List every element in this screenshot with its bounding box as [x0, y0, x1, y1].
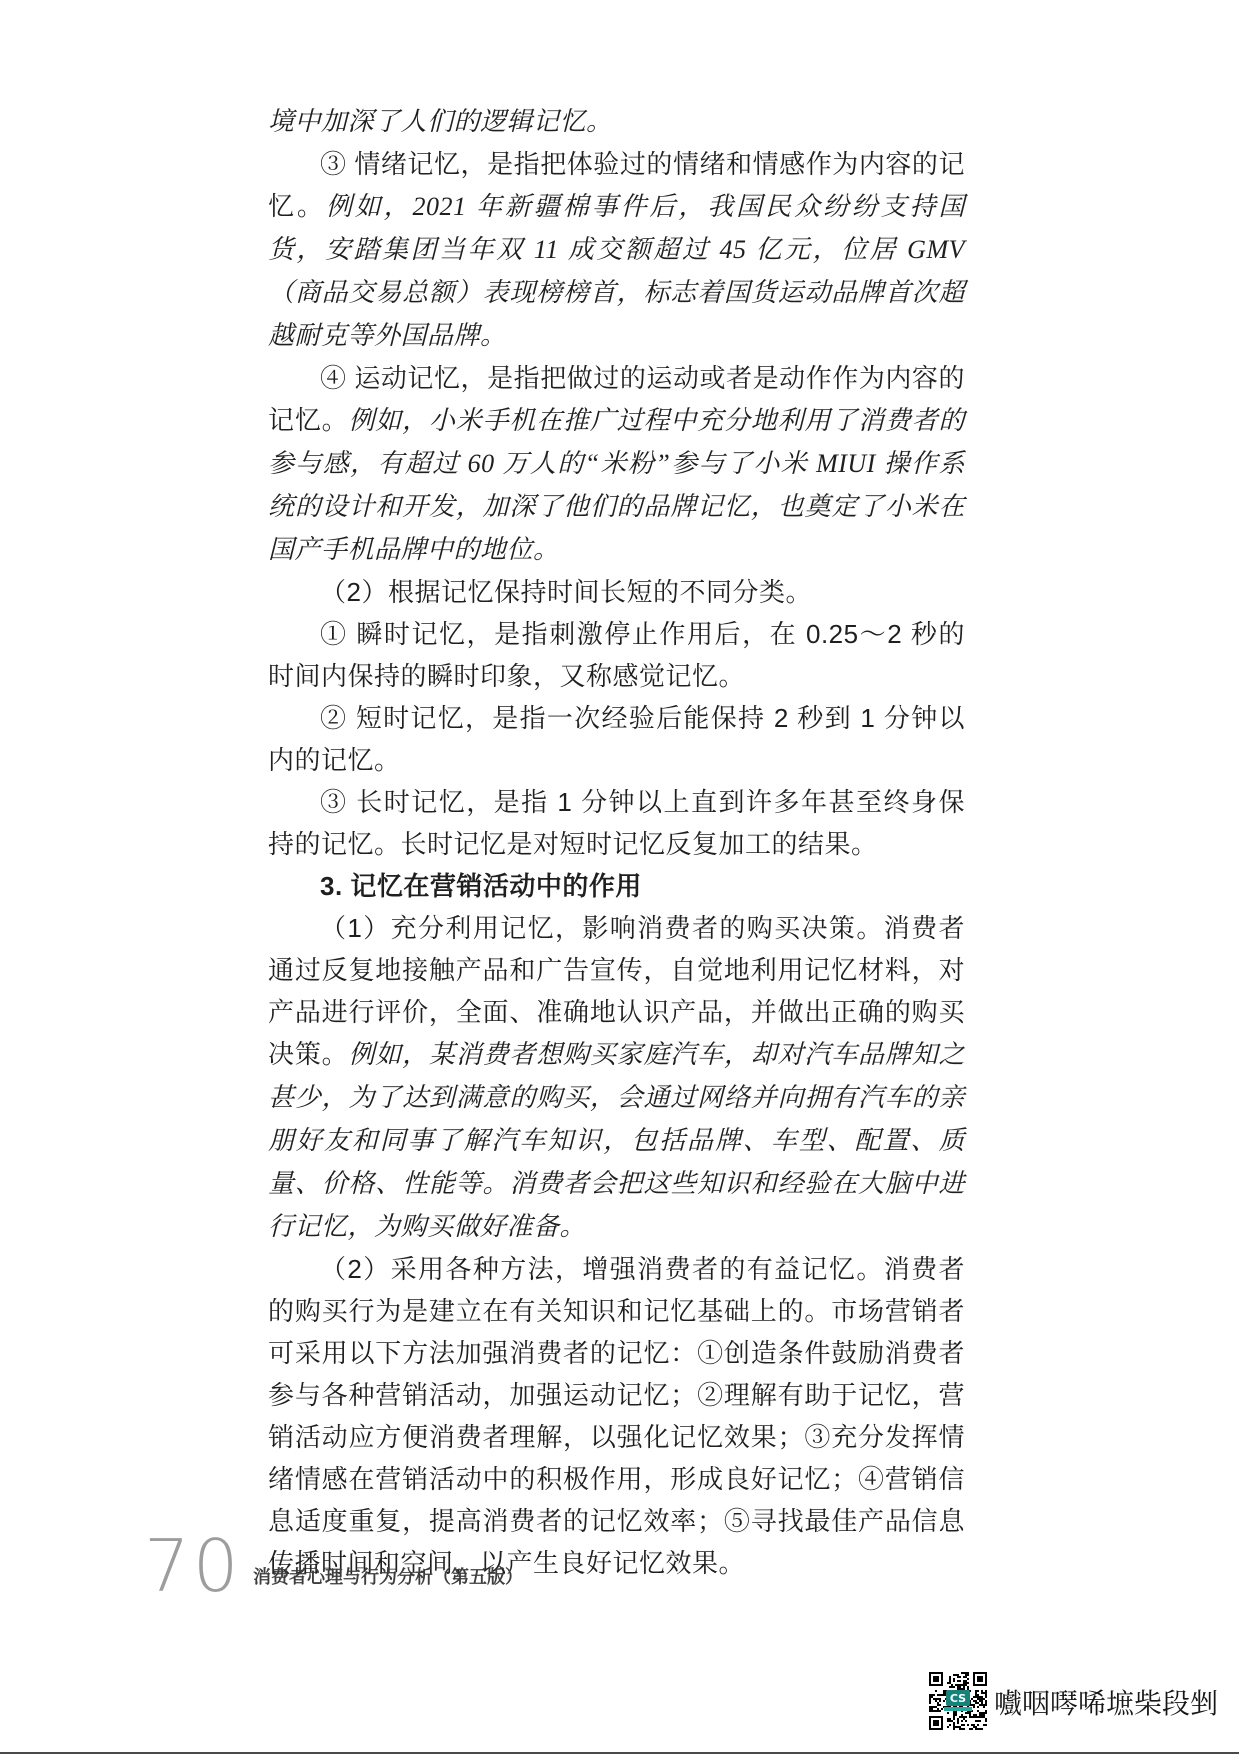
para-use-memory-influence-decision: （1）充分利用记忆，影响消费者的购买决策。消费者通过反复地接触产品和广告宣传，自…: [268, 907, 965, 1248]
text-segment: （2）采用各种方法，增强消费者的有益记忆。消费者的购买行为是建立在有关知识和记忆…: [268, 1254, 965, 1578]
text-segment-example: 例如，2021 年新疆棉事件后，我国民众纷纷支持国货，安踏集团当年双 11 成交…: [268, 192, 965, 350]
para-short-term-memory: ② 短时记忆，是指一次经验后能保持 2 秒到 1 分钟以内的记忆。: [268, 697, 965, 781]
para-long-term-memory: ③ 长时记忆，是指 1 分钟以上直到许多年甚至终身保持的记忆。长时记忆是对短时记…: [268, 781, 965, 865]
qr-code: CS: [929, 1672, 987, 1730]
watermark-text: 嚱咽噖唏墌柴段剉: [994, 1682, 1218, 1722]
text-segment: （2）根据记忆保持时间长短的不同分类。: [320, 577, 812, 607]
text-segment-example: 例如，小米手机在推广过程中充分地利用了消费者的参与感，有超过 60 万人的“米粉…: [268, 406, 965, 564]
page-number: 70: [144, 1524, 242, 1608]
text-segment-example: 例如，某消费者想购买家庭汽车，却对汽车品牌知之甚少，为了达到满意的购买，会通过网…: [268, 1040, 965, 1241]
para-emotional-memory: ③ 情绪记忆，是指把体验过的情绪和情感作为内容的记忆。例如，2021 年新疆棉事…: [268, 143, 965, 357]
para-instant-memory: ① 瞬时记忆，是指刺激停止作用后，在 0.25～2 秒的时间内保持的瞬时印象，又…: [268, 613, 965, 697]
para-continuation-logical-memory: 境中加深了人们的逻辑记忆。: [268, 100, 965, 143]
para-motor-memory: ④ 运动记忆，是指把做过的运动或者是动作作为内容的记忆。例如，小米手机在推广过程…: [268, 357, 965, 571]
para-enhance-beneficial-memory: （2）采用各种方法，增强消费者的有益记忆。消费者的购买行为是建立在有关知识和记忆…: [268, 1248, 965, 1584]
document-page: 境中加深了人们的逻辑记忆。 ③ 情绪记忆，是指把体验过的情绪和情感作为内容的记忆…: [0, 0, 1239, 1754]
page-body-text: 境中加深了人们的逻辑记忆。 ③ 情绪记忆，是指把体验过的情绪和情感作为内容的记忆…: [268, 100, 965, 1584]
qr-logo-underline: [944, 1707, 972, 1711]
section-heading-memory-in-marketing: 3. 记忆在营销活动中的作用: [268, 865, 965, 907]
heading-text: 3. 记忆在营销活动中的作用: [320, 871, 642, 901]
book-title-footer: 消费者心理与行为分析（第五版）: [253, 1563, 523, 1589]
text-segment: ② 短时记忆，是指一次经验后能保持 2 秒到 1 分钟以内的记忆。: [268, 703, 965, 775]
qr-center-logo: CS: [946, 1690, 970, 1706]
text-segment: ③ 长时记忆，是指 1 分钟以上直到许多年甚至终身保持的记忆。长时记忆是对短时记…: [268, 787, 965, 859]
text-segment: ① 瞬时记忆，是指刺激停止作用后，在 0.25～2 秒的时间内保持的瞬时印象，又…: [268, 619, 965, 691]
para-duration-classification: （2）根据记忆保持时间长短的不同分类。: [268, 571, 965, 613]
text-segment: 境中加深了人们的逻辑记忆。: [268, 107, 613, 136]
